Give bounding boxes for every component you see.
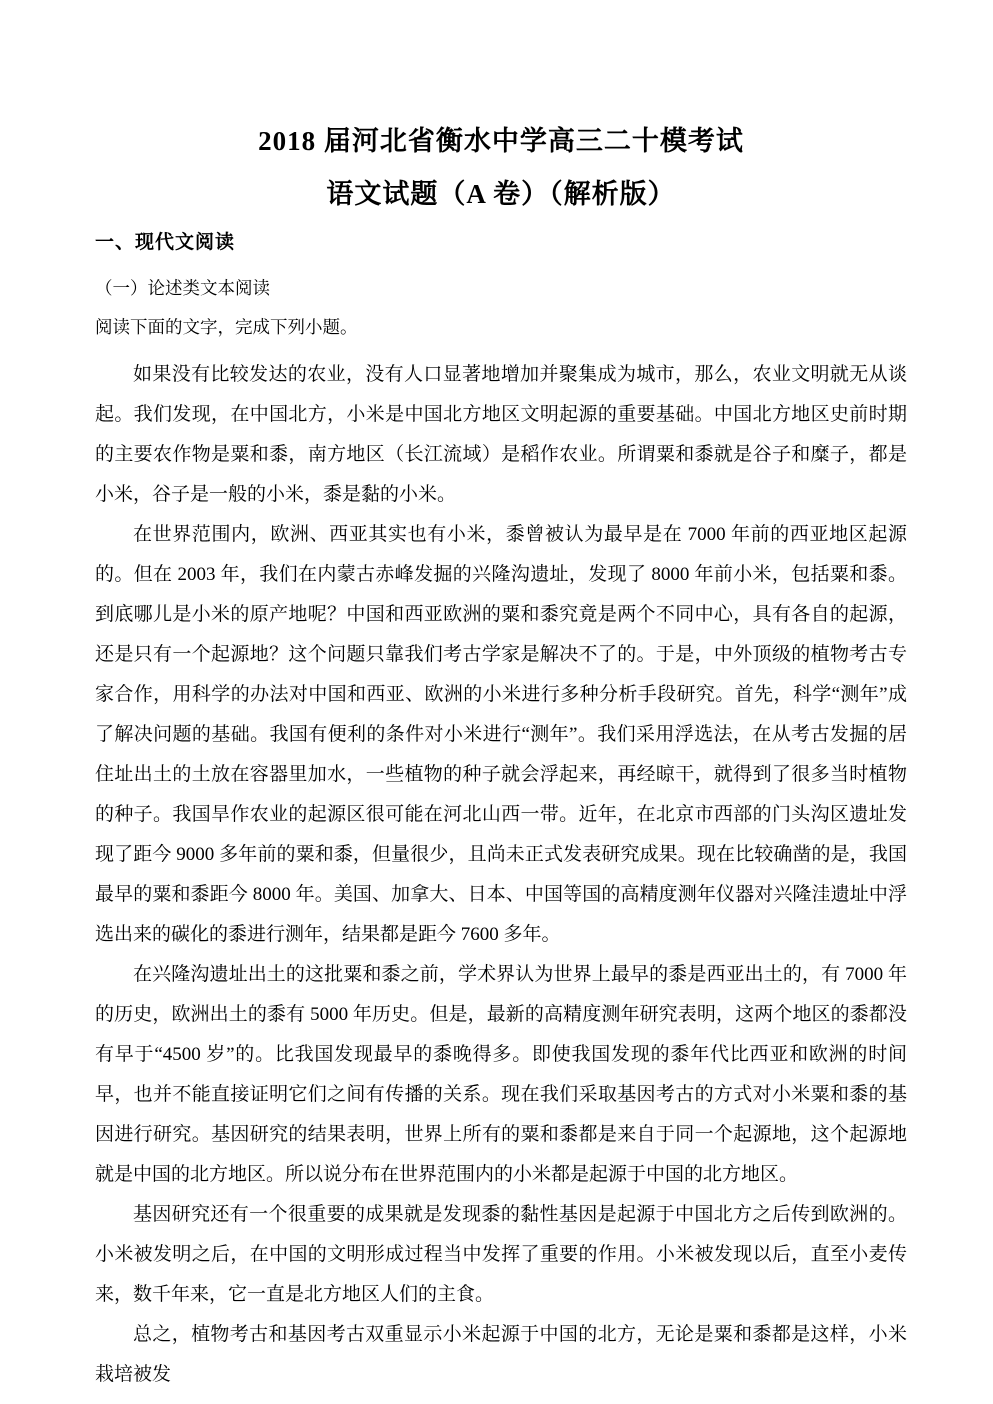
body-paragraph-5: 总之，植物考古和基因考古双重显示小米起源于中国的北方，无论是粟和黍都是这样，小米… xyxy=(95,1315,907,1395)
document-title-line-2: 语文试题（A 卷）（解析版） xyxy=(95,179,907,209)
document-title-line-1: 2018 届河北省衡水中学高三二十模考试 xyxy=(95,126,907,156)
body-paragraph-3: 在兴隆沟遗址出土的这批粟和黍之前，学术界认为世界上最早的黍是西亚出土的，有 70… xyxy=(95,955,907,1195)
reading-instruction: 阅读下面的文字，完成下列小题。 xyxy=(95,316,907,338)
body-paragraph-2: 在世界范围内，欧洲、西亚其实也有小米，黍曾被认为最早是在 7000 年前的西亚地… xyxy=(95,515,907,955)
document-page: 2018 届河北省衡水中学高三二十模考试 语文试题（A 卷）（解析版） 一、现代… xyxy=(0,0,993,1404)
body-paragraph-4: 基因研究还有一个很重要的成果就是发现黍的黏性基因是起源于中国北方之后传到欧洲的。… xyxy=(95,1195,907,1315)
subsection-heading: （一）论述类文本阅读 xyxy=(95,277,907,299)
body-paragraph-1: 如果没有比较发达的农业，没有人口显著地增加并聚集成为城市，那么，农业文明就无从谈… xyxy=(95,355,907,515)
section-heading-modern-reading: 一、现代文阅读 xyxy=(95,231,907,255)
